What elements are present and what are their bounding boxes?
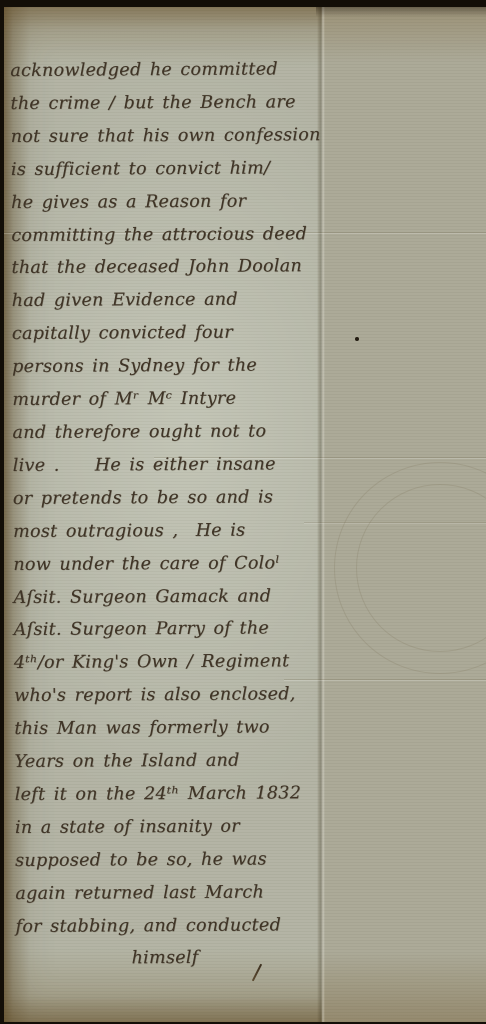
handwritten-line: the crime / but the Bench are — [10, 86, 340, 121]
handwritten-line: Aſsit. Surgeon Gamack and — [13, 579, 343, 614]
handwritten-line: had given Evidence and — [12, 283, 342, 318]
handwritten-line: Years on the Island and — [14, 744, 344, 779]
ink-dot — [355, 337, 359, 341]
handwritten-line: live . He is either insane — [13, 448, 343, 483]
handwritten-line: not sure that his own confession — [11, 119, 341, 154]
manuscript-page: acknowledged he committedthe crime / but… — [4, 7, 486, 1022]
handwritten-line: supposed to be so, he was — [15, 843, 345, 878]
handwritten-line: that the deceased John Doolan — [11, 250, 341, 285]
handwritten-line: persons in Sydney for the — [12, 349, 342, 384]
handwritten-text-block: acknowledged he committedthe crime / but… — [10, 53, 346, 976]
handwritten-line: and therefore ought not to — [12, 415, 342, 450]
handwritten-line: committing the attrocious deed — [11, 218, 341, 253]
handwritten-line: again returned last March — [15, 876, 345, 911]
handwritten-line: for stabbing, and conducted — [15, 909, 345, 944]
handwritten-line: left it on the 24ᵗʰ March 1832 — [15, 777, 345, 812]
handwritten-line: now under the care of Coloˡ — [13, 547, 343, 582]
handwritten-line: in a state of insanity or — [15, 810, 345, 845]
handwritten-line: or pretends to be so and is — [13, 481, 343, 516]
handwritten-line: capitally convicted four — [12, 316, 342, 351]
handwritten-line: himself — [16, 941, 346, 976]
paper-edge-shadow — [316, 7, 486, 17]
handwritten-line: 4ᵗʰ/or King's Own / Regiment — [14, 645, 344, 680]
photo-background: acknowledged he committedthe crime / but… — [0, 0, 486, 1024]
handwritten-line: this Man was formerly two — [14, 711, 344, 746]
handwritten-line: is sufficient to convict him/ — [11, 152, 341, 187]
handwritten-line: acknowledged he committed — [10, 53, 340, 88]
handwritten-line: murder of Mʳ Mᶜ Intyre — [12, 382, 342, 417]
handwritten-line: most outragious , He is — [13, 514, 343, 549]
handwritten-line: Aſsit. Surgeon Parry of the — [14, 612, 344, 647]
handwritten-line: who's report is also enclosed, — [14, 678, 344, 713]
handwritten-line: he gives as a Reason for — [11, 185, 341, 220]
